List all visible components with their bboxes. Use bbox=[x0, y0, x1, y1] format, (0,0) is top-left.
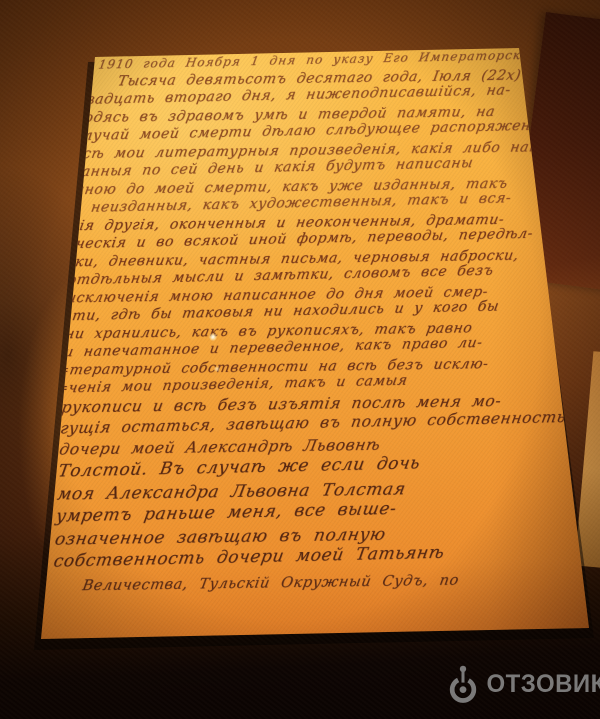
museum-photo: 1910 года Ноября 1 дня по указу Его Импе… bbox=[0, 0, 600, 719]
light-glint bbox=[209, 333, 217, 341]
watermark-text: ОТЗОВИК bbox=[486, 672, 600, 697]
light-glint bbox=[214, 366, 220, 372]
otzovik-logo-icon bbox=[447, 664, 479, 704]
handwriting-line: Величества, Тульскій Окружный Судъ, по bbox=[51, 569, 524, 597]
handwritten-text-block: 1910 года Ноября 1 дня по указу Его Импе… bbox=[51, 48, 548, 597]
watermark: ОТЗОВИК bbox=[447, 664, 600, 704]
